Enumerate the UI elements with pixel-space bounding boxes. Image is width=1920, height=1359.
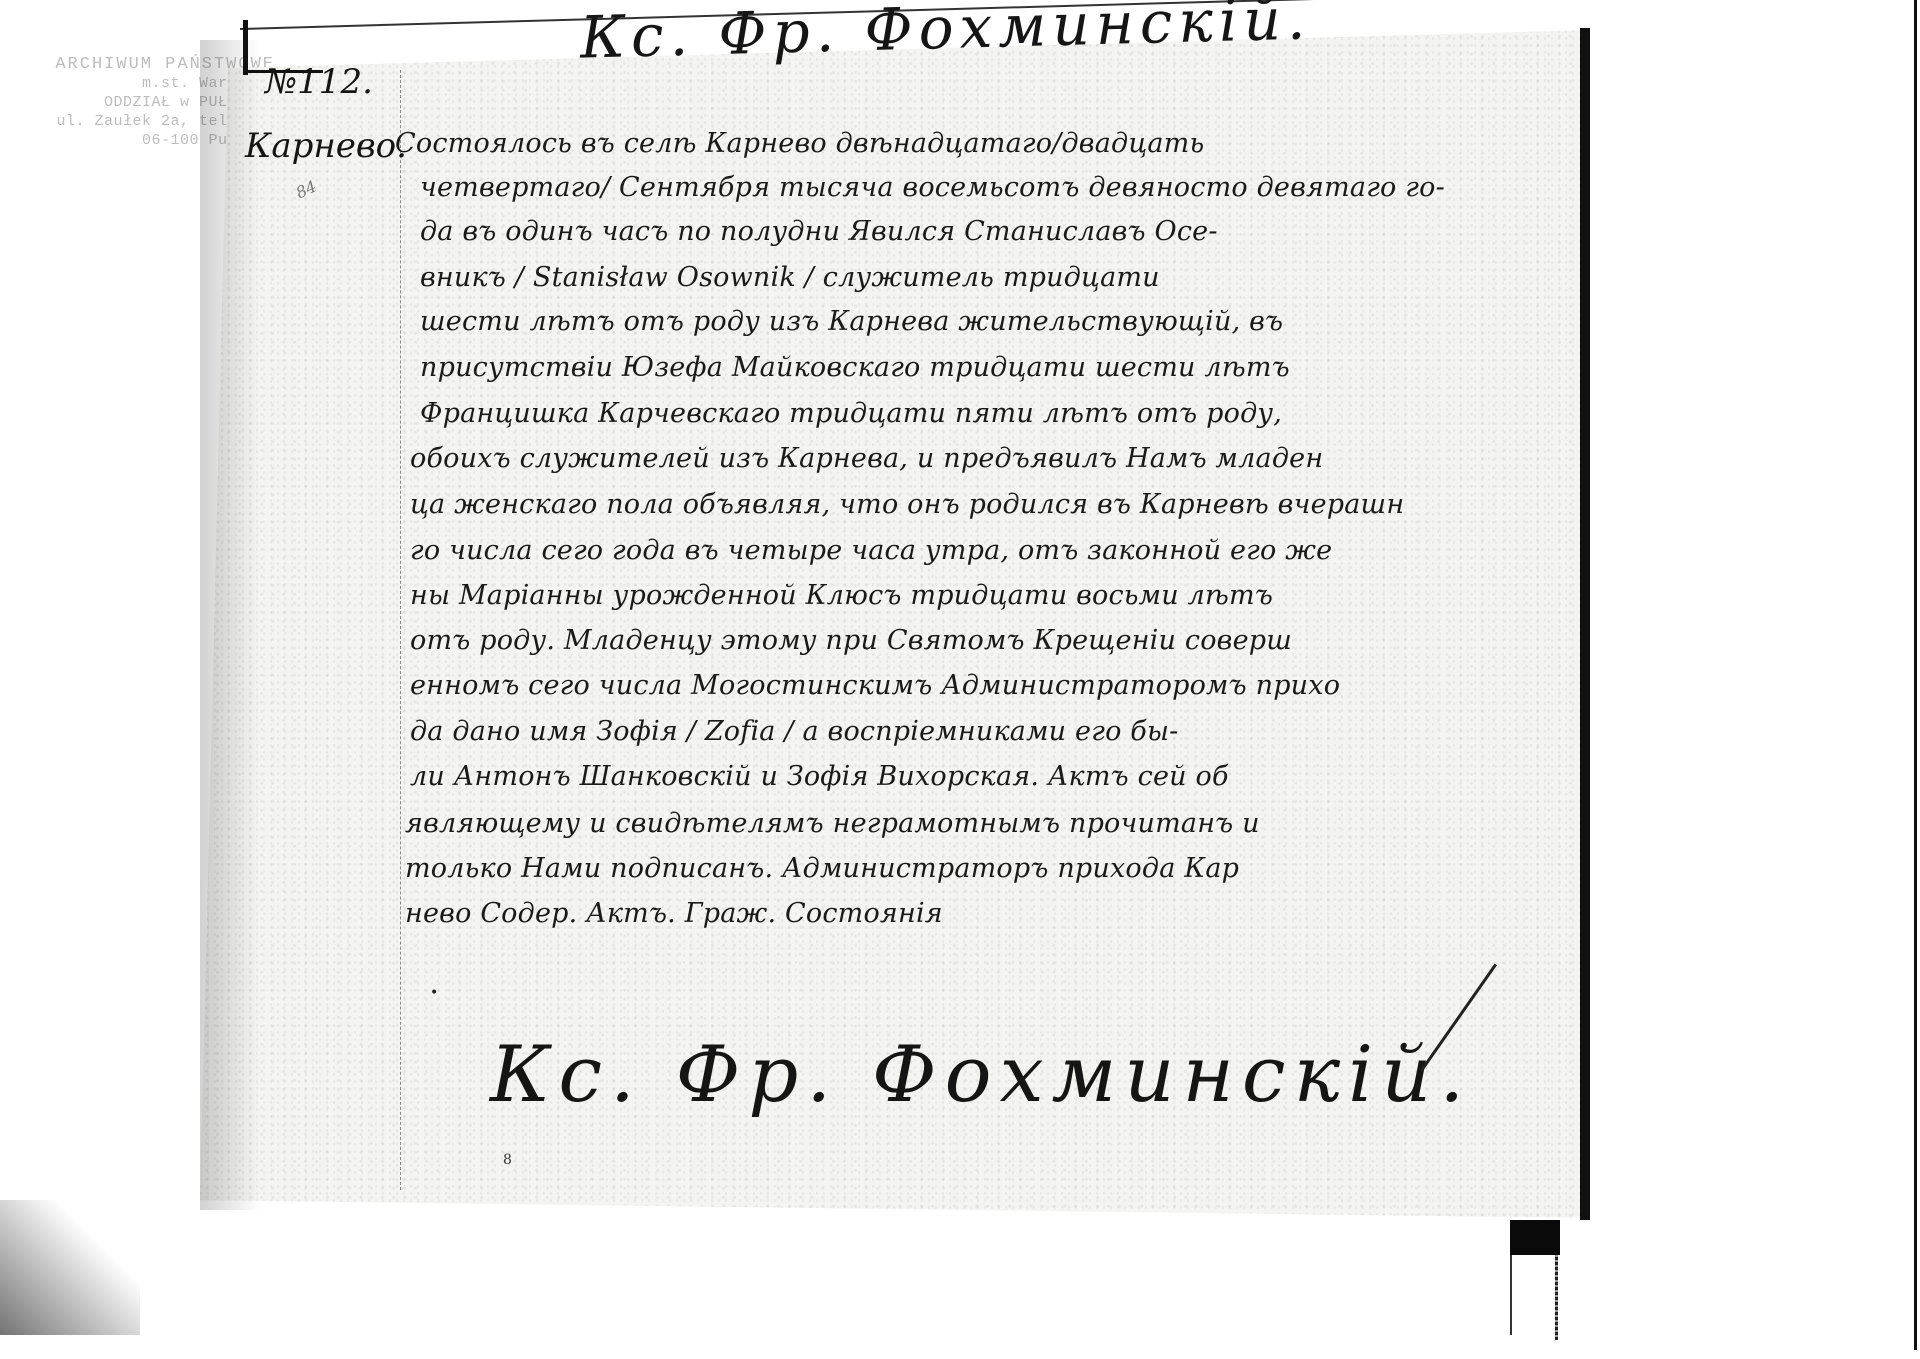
body-line: отъ роду. Младенцу этому при Святомъ Кре… [410, 625, 1292, 657]
act-number: №112. [265, 62, 373, 102]
body-line: ли Антонъ Шанковскій и Зофія Вихорская. … [410, 761, 1229, 793]
scan-noise [0, 1200, 140, 1335]
bottom-signature: Кс. Фр. Фохминскій. [490, 1030, 1472, 1120]
body-line: вникъ / Stanisław Osownik / служитель тр… [420, 262, 1160, 294]
ink-dot: • [430, 985, 438, 1001]
body-line: обоихъ служителей изъ Карнева, и предъяв… [410, 443, 1323, 475]
body-line: шести лѣтъ отъ роду изъ Карнева жительст… [420, 306, 1283, 338]
small-mark: 8 [503, 1152, 512, 1168]
scan-border-line [1914, 0, 1917, 1350]
body-line: только Нами подписанъ. Администраторъ пр… [405, 853, 1239, 885]
page-shadow [200, 40, 260, 1210]
body-line: го числа сего года въ четыре часа утра, … [410, 535, 1332, 567]
body-line: Францишка Карчевскаго тридцати пяти лѣтъ… [420, 398, 1282, 430]
place-name: Карнево. [245, 126, 407, 166]
margin-rule [400, 70, 401, 1190]
scan-artifact-block [1510, 1220, 1560, 1255]
body-line: ца женскаго пола объявляя, что онъ родил… [410, 489, 1404, 521]
body-line: енномъ сего числа Могостинскимъ Админист… [410, 670, 1340, 702]
page-right-edge [1580, 28, 1590, 1220]
scan-artifact-line [1510, 1255, 1512, 1335]
body-line: ны Маріанны урожденной Клюсъ тридцати во… [410, 580, 1273, 612]
body-line: являющему и свидѣтелямъ неграмотнымъ про… [405, 808, 1260, 840]
body-line: присутствіи Юзефа Майковскаго тридцати ш… [420, 352, 1290, 384]
corner-bracket [243, 20, 248, 75]
body-line: нево Содер. Актъ. Граж. Состоянія [405, 898, 943, 930]
body-line: четвертаго/ Сентября тысяча восемьсотъ д… [420, 172, 1445, 204]
body-line: Состоялось въ селѣ Карнево двѣнадцатаго/… [395, 128, 1204, 160]
scan-artifact-line [1555, 1255, 1558, 1340]
body-line: да дано имя Зофія / Zofia / а воспріемни… [410, 716, 1179, 748]
body-line: да въ одинъ часъ по полудни Явился Стани… [420, 216, 1218, 248]
